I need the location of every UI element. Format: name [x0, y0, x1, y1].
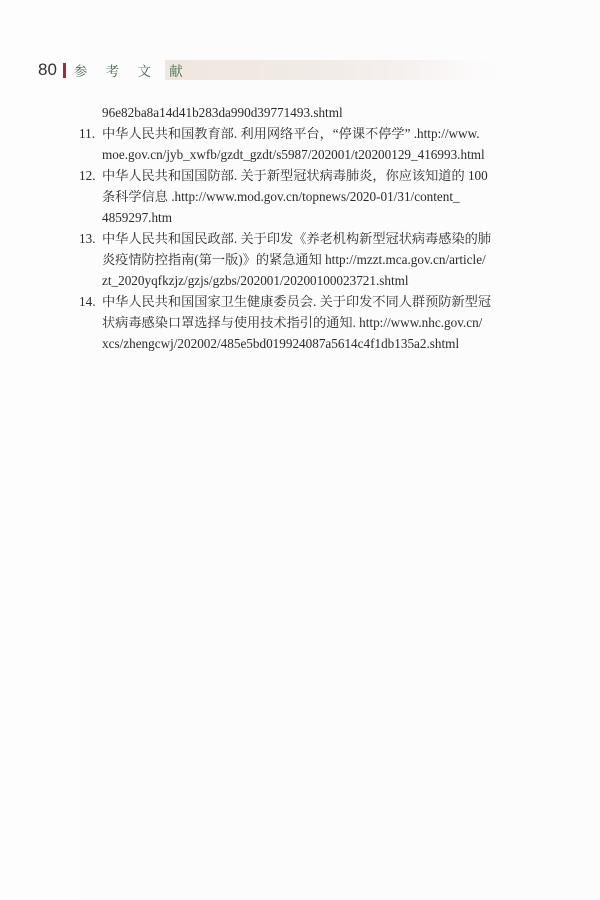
reference-line: 4859297.htm: [102, 207, 172, 228]
reference-item-12-cont: 4859297.htm: [0, 207, 600, 228]
reference-item-13: 13. 中华人民共和国民政部. 关于印发《养老机构新型冠状病毒感染的肺: [0, 228, 600, 249]
reference-line: zt_2020yqfkzjz/gzjs/gzbs/202001/20200100…: [102, 270, 409, 291]
reference-line: 状病毒感染口罩选择与使用技术指引的通知. http://www.nhc.gov.…: [102, 312, 482, 333]
reference-line: 条科学信息 .http://www.mod.gov.cn/topnews/202…: [102, 186, 460, 207]
header-decorative-bar: [165, 60, 500, 80]
page-header: 80 参 考 文 献: [38, 59, 190, 81]
reference-item-14-cont: 状病毒感染口罩选择与使用技术指引的通知. http://www.nhc.gov.…: [0, 312, 600, 333]
page-number: 80: [38, 60, 57, 80]
reference-line: 中华人民共和国民政部. 关于印发《养老机构新型冠状病毒感染的肺: [102, 228, 491, 249]
header-divider: [63, 63, 66, 78]
reference-line: 炎疫情防控指南(第一版)》的紧急通知 http://mzzt.mca.gov.c…: [102, 249, 486, 270]
reference-line: xcs/zhengcwj/202002/485e5bd019924087a561…: [102, 333, 459, 354]
section-title: 参 考 文 献: [74, 60, 190, 80]
reference-item-14: 14. 中华人民共和国国家卫生健康委员会. 关于印发不同人群预防新型冠: [0, 291, 600, 312]
reference-item-12-cont: 条科学信息 .http://www.mod.gov.cn/topnews/202…: [0, 186, 600, 207]
reference-item-14-cont: xcs/zhengcwj/202002/485e5bd019924087a561…: [0, 333, 600, 354]
reference-line: moe.gov.cn/jyb_xwfb/gzdt_gzdt/s5987/2020…: [102, 144, 485, 165]
reference-continuation: 96e82ba8a14d41b283da990d39771493.shtml: [0, 102, 600, 123]
reference-number: 11.: [79, 123, 101, 144]
reference-item-13-cont: zt_2020yqfkzjz/gzjs/gzbs/202001/20200100…: [0, 270, 600, 291]
book-page: 80 参 考 文 献 96e82ba8a14d41b283da990d39771…: [0, 0, 600, 900]
reference-item-13-cont: 炎疫情防控指南(第一版)》的紧急通知 http://mzzt.mca.gov.c…: [0, 249, 600, 270]
reference-line: 96e82ba8a14d41b283da990d39771493.shtml: [102, 102, 343, 123]
reference-line: 中华人民共和国国家卫生健康委员会. 关于印发不同人群预防新型冠: [102, 291, 491, 312]
reference-number: 13.: [79, 228, 101, 249]
reference-item-12: 12. 中华人民共和国国防部. 关于新型冠状病毒肺炎，你应该知道的 100: [0, 165, 600, 186]
reference-item-11-cont: moe.gov.cn/jyb_xwfb/gzdt_gzdt/s5987/2020…: [0, 144, 600, 165]
reference-number: 12.: [79, 165, 101, 186]
reference-line: 中华人民共和国教育部. 利用网络平台，“停课不停学” .http://www.: [102, 123, 480, 144]
reference-line: 中华人民共和国国防部. 关于新型冠状病毒肺炎，你应该知道的 100: [102, 165, 488, 186]
reference-list: 96e82ba8a14d41b283da990d39771493.shtml 1…: [0, 102, 600, 354]
reference-item-11: 11. 中华人民共和国教育部. 利用网络平台，“停课不停学” .http://w…: [0, 123, 600, 144]
reference-number: 14.: [79, 291, 101, 312]
